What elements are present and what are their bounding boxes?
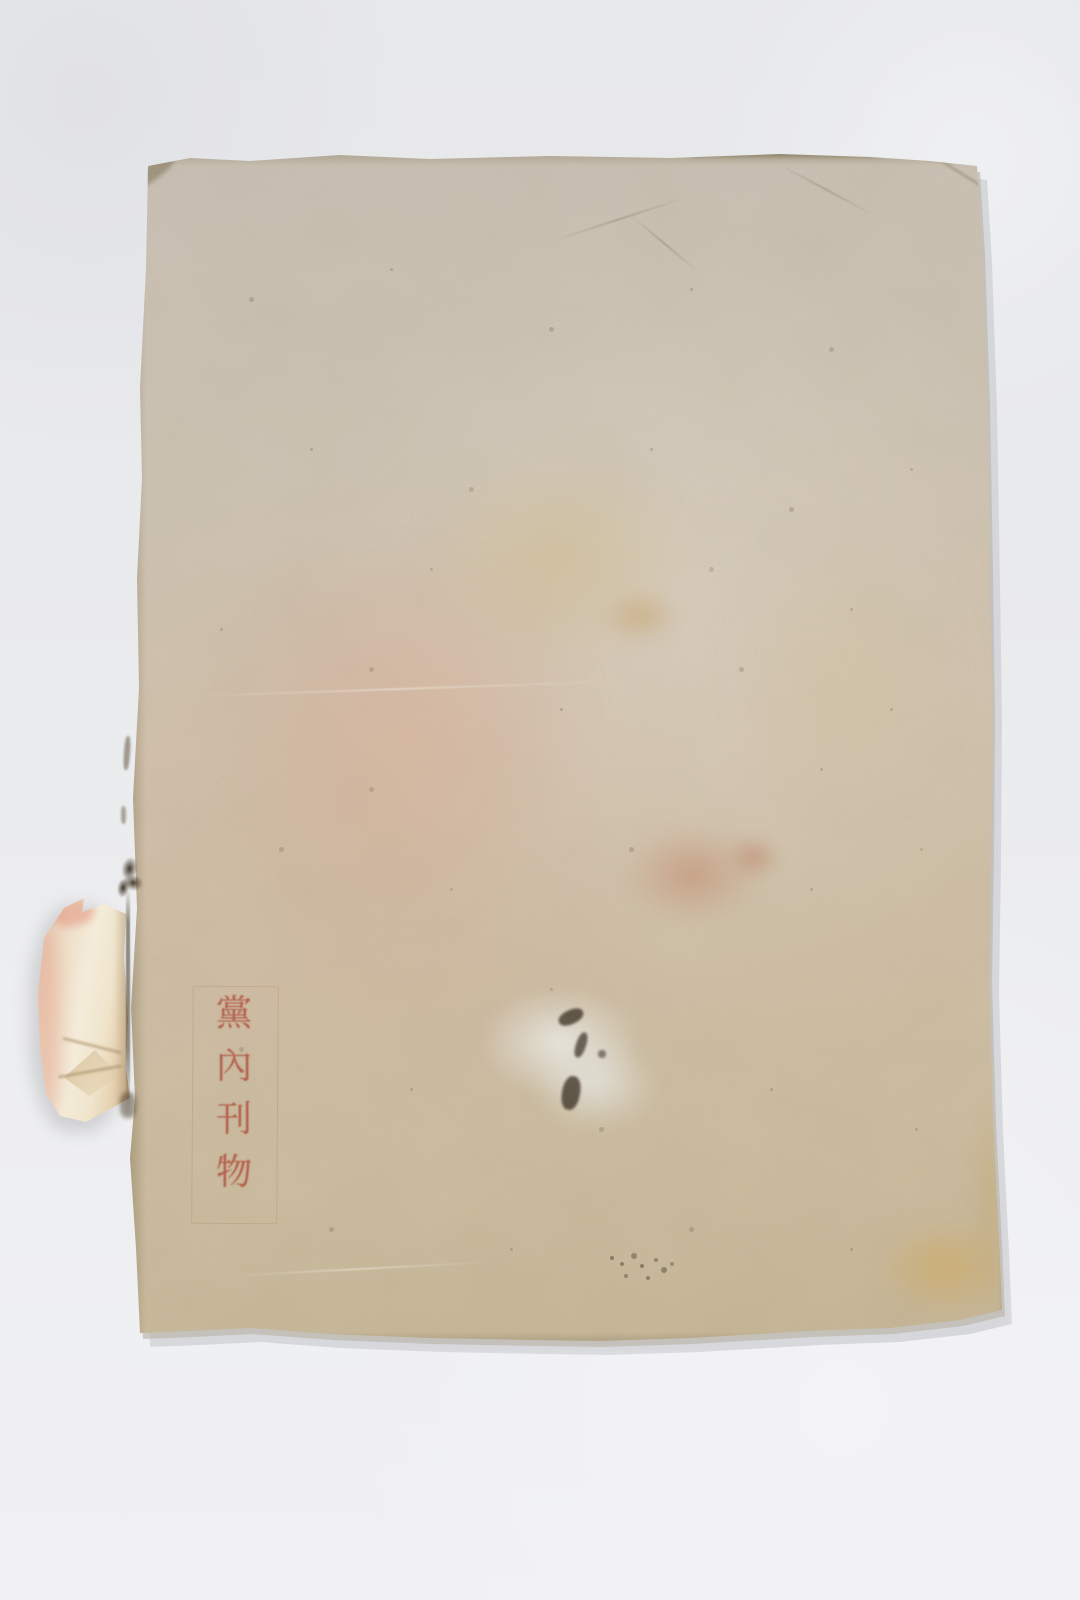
spine-mark [121,806,126,824]
tab-bottom-shadow [120,1092,136,1118]
speckles [120,138,123,141]
book-cover: 黨 內 刊 物 [130,148,1010,1348]
paper-tab [38,898,130,1122]
photo-scene: 黨 內 刊 物 [0,0,1080,1600]
cover-vignette [130,148,1010,1348]
paper-tab-fold-line [63,1037,122,1054]
spine-gap-line [126,888,130,1116]
spine-mark [123,736,131,770]
